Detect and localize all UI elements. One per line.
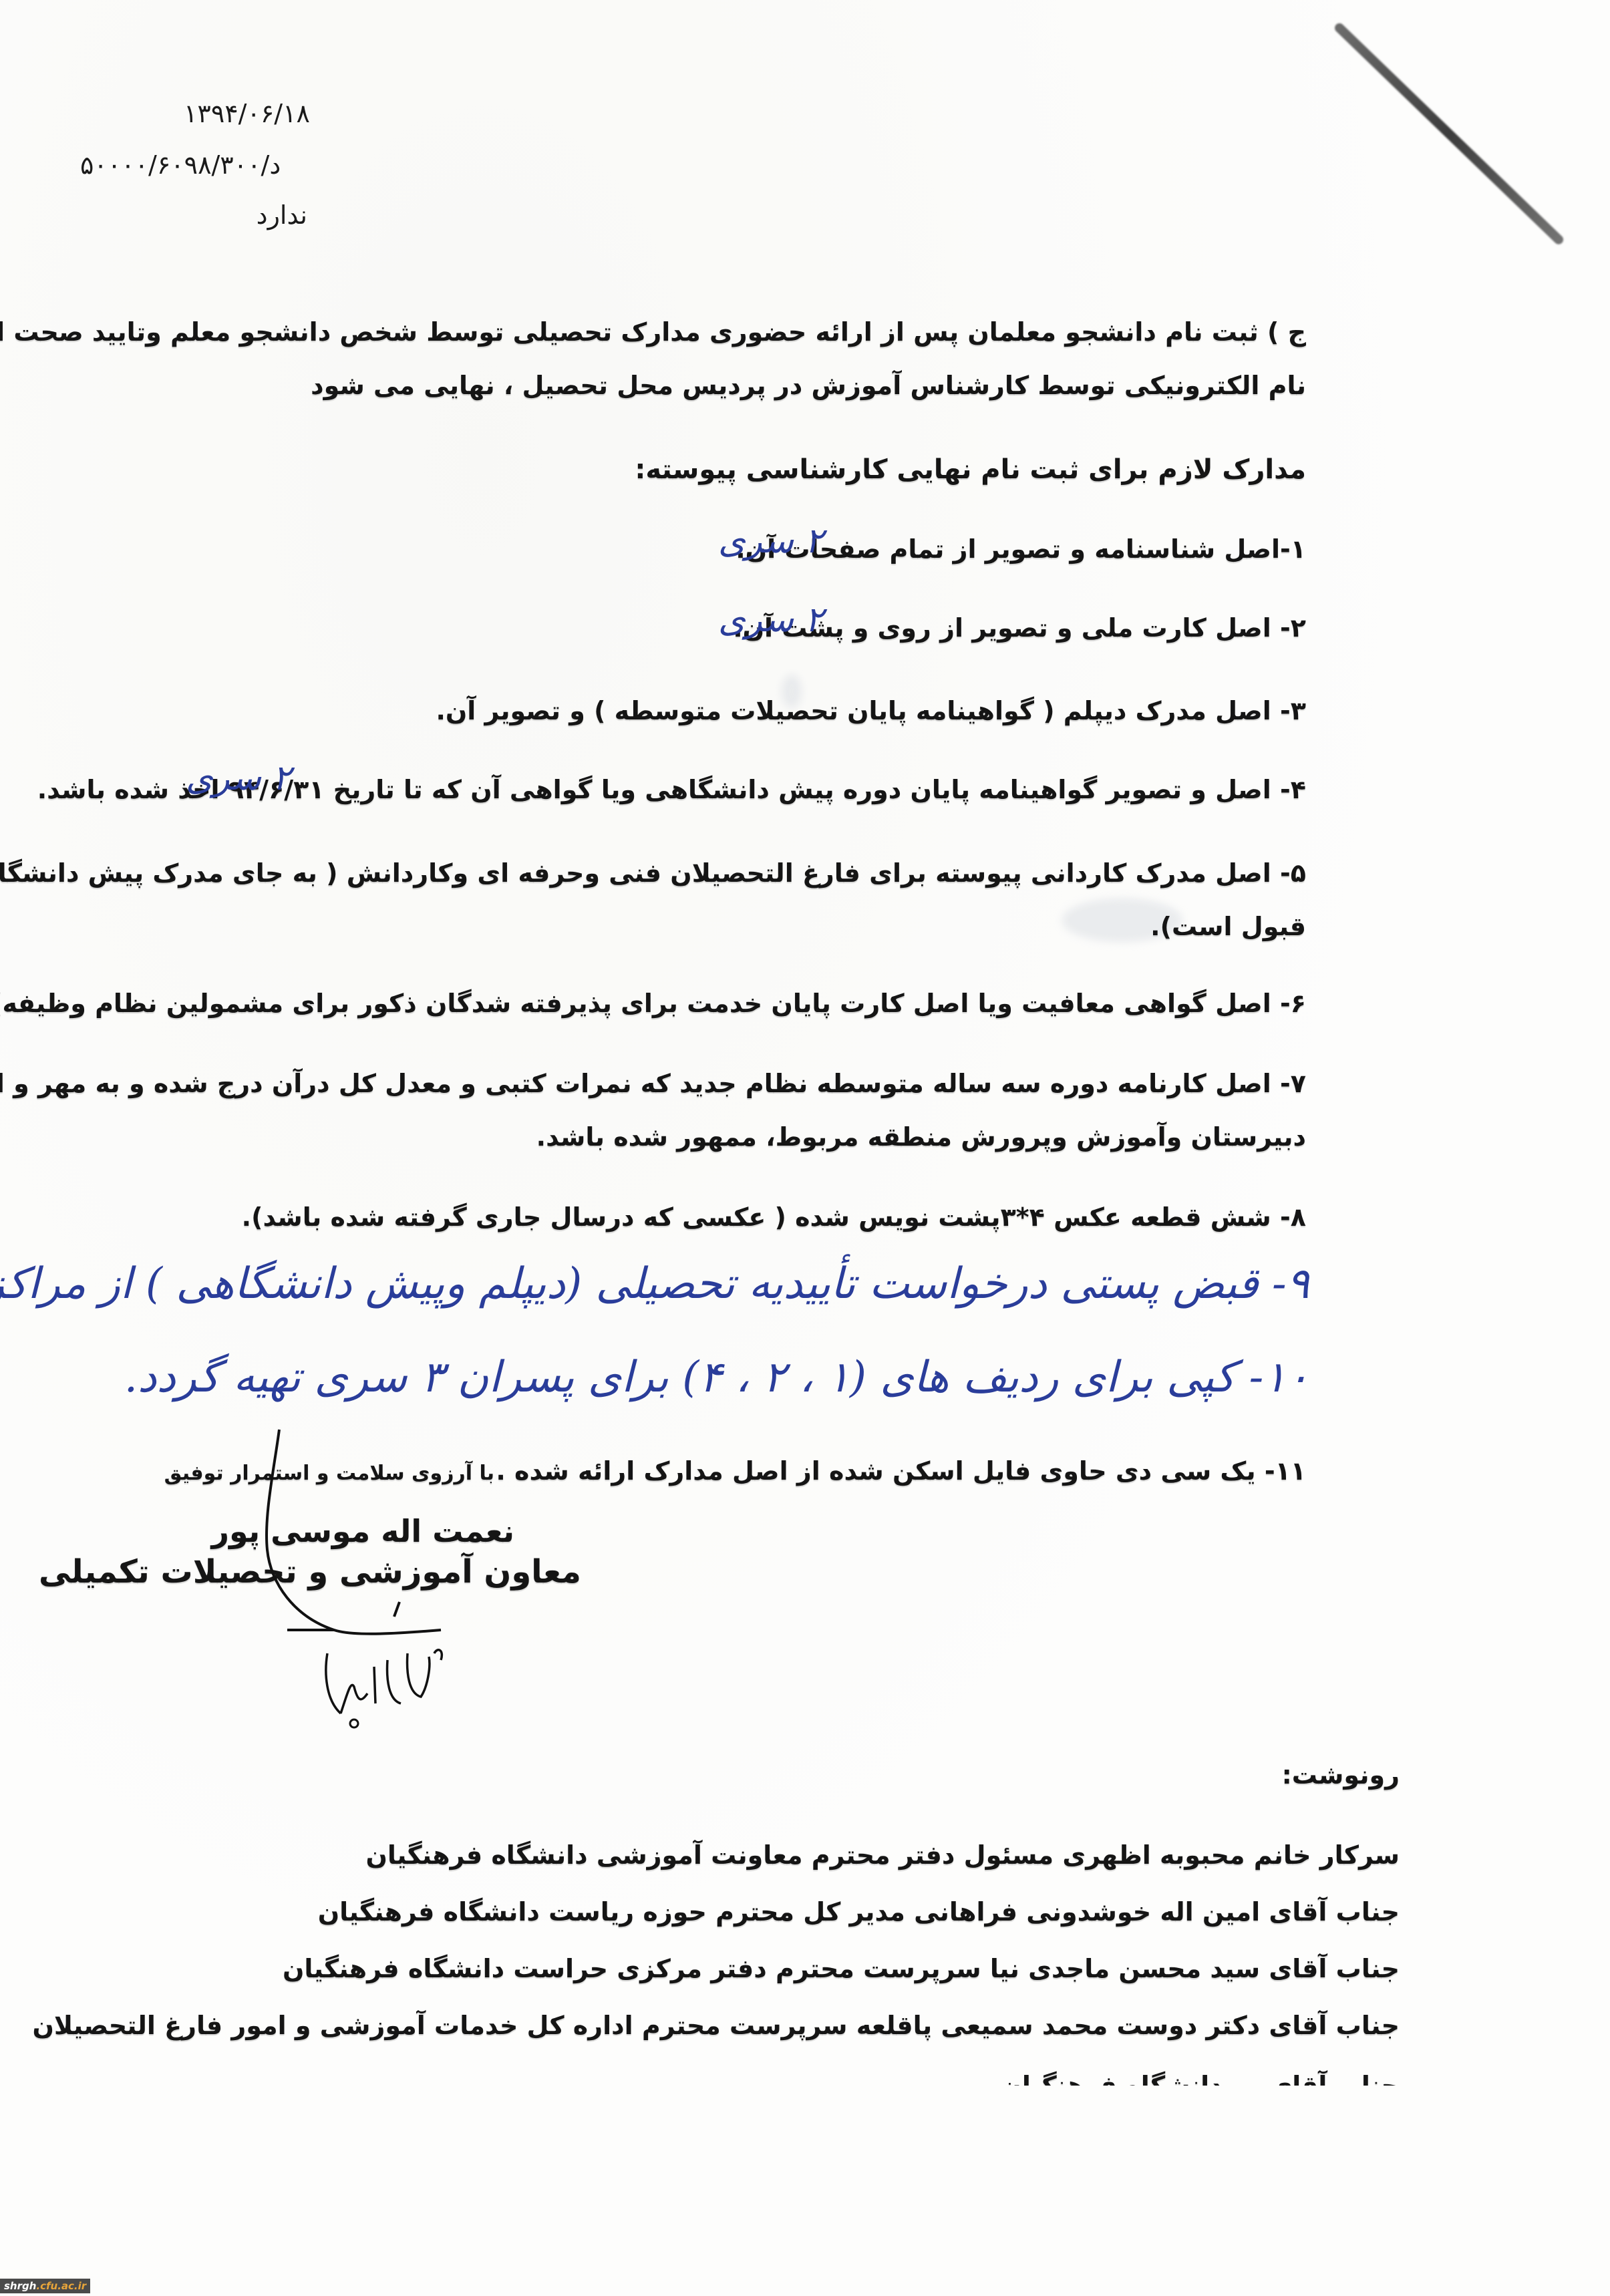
requirement-item-6: ۶- اصل گواهی معافیت ویا اصل کارت پایان خ…	[0, 989, 1306, 1018]
handwritten-note-item-2: ۲ سری	[718, 600, 823, 640]
letter-number: د/۵۰۰۰۰/۶۰۹۸/۳۰۰	[80, 150, 281, 180]
signature-stroke-icon	[200, 1430, 481, 1657]
cc-recipient-cut-off-text: جناب آقای ... دانشگاه فرهنگیان	[1000, 2071, 1400, 2086]
intro-line-1: ج ) ثبت نام دانشجو معلمان پس از ارائه حض…	[190, 317, 1306, 347]
requirement-item-8: ۸- شش قطعه عکس ۴*۳پشت نویس شده ( عکسی که…	[242, 1202, 1306, 1232]
requirement-item-5: ۵- اصل مدرک کاردانی پیوسته برای فارغ الت…	[220, 858, 1306, 888]
cc-recipient-1: سرکار خانم محبوبه اظهری مسئول دفتر محترم…	[365, 1840, 1400, 1870]
letter-attachment: ندارد	[254, 200, 307, 230]
requirement-item-11: ۱۱- یک سی دی حاوی فایل اسکن شده از اصل م…	[496, 1456, 1306, 1486]
requirements-heading: مدارک لازم برای ثبت نام نهایی کارشناسی پ…	[635, 454, 1306, 485]
handwritten-item-9: ۹- قبض پستی درخواست تأییدیه تحصیلی (دیپل…	[0, 1259, 1309, 1309]
scanned-letter-page: ۱۳۹۴/۰۶/۱۸ د/۵۰۰۰۰/۶۰۹۸/۳۰۰ ندارد ج ) ثب…	[0, 0, 1610, 2296]
requirement-item-5-cont: قبول است).	[1150, 912, 1306, 941]
requirement-item-7: ۷- اصل کارنامه دوره سه ساله متوسطه نظام …	[220, 1069, 1306, 1098]
handwritten-item-10: ۱۰- کپی برای ردیف های (۱ ، ۲ ، ۴) برای پ…	[124, 1353, 1309, 1402]
site-watermark: shrgh.cfu.ac.ir	[0, 2279, 90, 2293]
scan-diagonal-line	[1333, 21, 1565, 247]
cc-label: رونوشت:	[1282, 1760, 1400, 1790]
cc-recipient-2: جناب آقای امین اله خوشدونی فراهانی مدیر …	[318, 1897, 1400, 1927]
cc-recipient-cut-off: جناب آقای ... دانشگاه فرهنگیان	[1000, 2066, 1400, 2086]
watermark-prefix: shrgh	[4, 2280, 36, 2292]
requirement-item-3: ۳- اصل مدرک دیپلم ( گواهینامه پایان تحصی…	[436, 696, 1306, 725]
handwritten-note-item-4: ۲ سری	[186, 758, 291, 798]
intro-line-2: نام الکترونیکی توسط کارشناس آموزش در پرد…	[311, 371, 1306, 400]
watermark-domain: .cfu.ac.ir	[36, 2280, 86, 2292]
letter-date: ۱۳۹۴/۰۶/۱۸	[184, 99, 310, 128]
cc-recipient-4: جناب آقای دکتر دوست محمد سمیعی پاقلعه سر…	[33, 2011, 1400, 2040]
cc-recipient-3: جناب آقای سید محسن ماجدی نیا سرپرست محتر…	[283, 1954, 1400, 1983]
handwritten-note-item-1: ۲ سری	[718, 521, 823, 561]
requirement-item-7-cont: دبیرستان وآموزش وپرورش منطقه مربوط، ممهو…	[536, 1122, 1306, 1152]
handwritten-mark-icon	[314, 1640, 448, 1734]
